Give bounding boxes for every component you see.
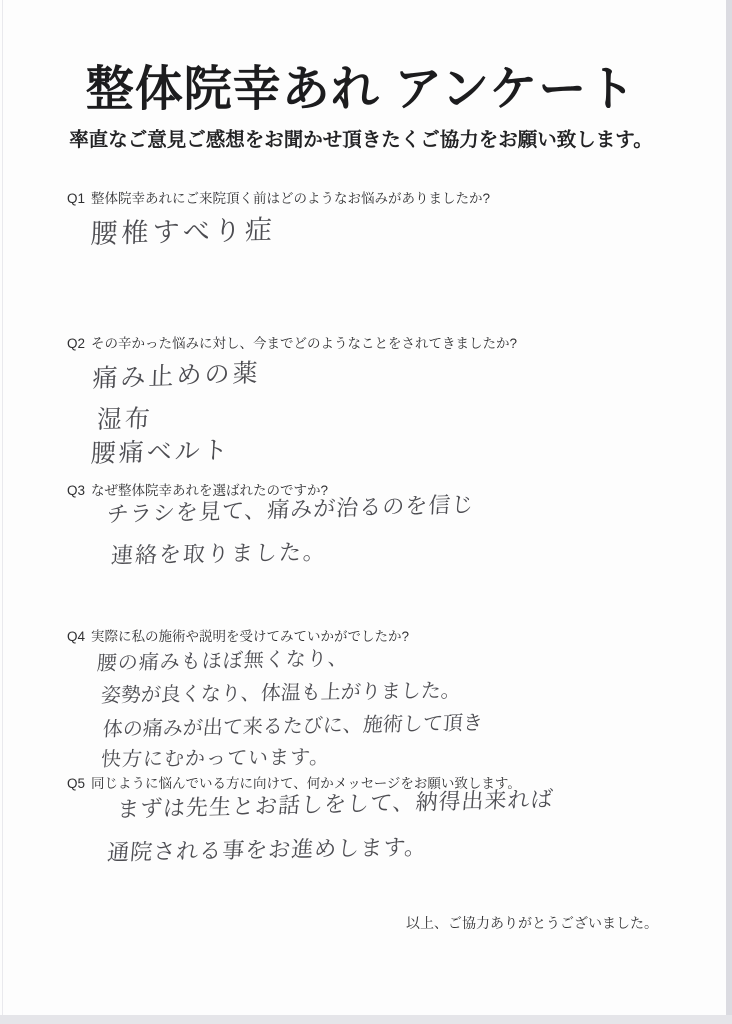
questionnaire-paper: 整体院幸あれ アンケート 率直なご意見ご感想をお聞かせ頂きたくご協力をお願い致し… <box>0 0 732 1024</box>
question-label-q2: Q2 <box>67 336 85 351</box>
paper-edge-left <box>2 0 3 1015</box>
handwritten-answer-q3-line2: 連絡を取りました。 <box>110 535 328 570</box>
question-label-q4: Q4 <box>67 629 85 644</box>
handwritten-answer-q2-line1: 痛み止めの薬 <box>92 353 261 395</box>
handwritten-answer-q4-line4: 快方にむかっています。 <box>100 741 332 772</box>
handwritten-answer-q2-line3: 腰痛ベルト <box>90 430 232 470</box>
handwritten-answer-q4-line1: 腰の痛みもほぼ無くなり、 <box>96 642 350 676</box>
question-text-q4: 実際に私の施術や説明を受けてみていかがでしたか? <box>91 629 409 644</box>
question-text-q1: 整体院幸あれにご来院頂く前はどのようなお悩みがありましたか? <box>91 191 490 206</box>
handwritten-answer-q4-line3: 体の痛みが出て来るたびに、施術して頂き <box>102 706 484 742</box>
question-block-q4: Q4実際に私の施術や説明を受けてみていかがでしたか? <box>67 625 687 645</box>
page-title: 整体院幸あれ アンケート <box>0 50 722 119</box>
handwritten-answer-q4-line2: 姿勢が良くなり、体温も上がりました。 <box>100 674 462 708</box>
question-block-q2: Q2その辛かった悩みに対し、今までどのようなことをされてきましたか? <box>67 332 687 352</box>
handwritten-answer-q2-line2: 湿布 <box>96 399 154 436</box>
handwritten-answer-q1-line1: 腰椎すべり症 <box>90 208 277 251</box>
closing-note: 以上、ご協力ありがとうございました。 <box>406 913 658 933</box>
question-block-q1: Q1整体院幸あれにご来院頂く前はどのようなお悩みがありましたか? <box>67 187 687 207</box>
paper-edge-right <box>726 0 732 1024</box>
question-label-q1: Q1 <box>67 191 85 206</box>
handwritten-answer-q5-line2: 通院される事をお進めします。 <box>106 830 429 867</box>
question-label-q3: Q3 <box>67 483 85 498</box>
page-subtitle: 率直なご意見ご感想をお聞かせ頂きたくご協力をお願い致します。 <box>0 124 722 152</box>
paper-edge-bottom <box>0 1015 732 1024</box>
question-label-q5: Q5 <box>67 776 85 791</box>
question-text-q2: その辛かった悩みに対し、今までどのようなことをされてきましたか? <box>91 336 517 351</box>
